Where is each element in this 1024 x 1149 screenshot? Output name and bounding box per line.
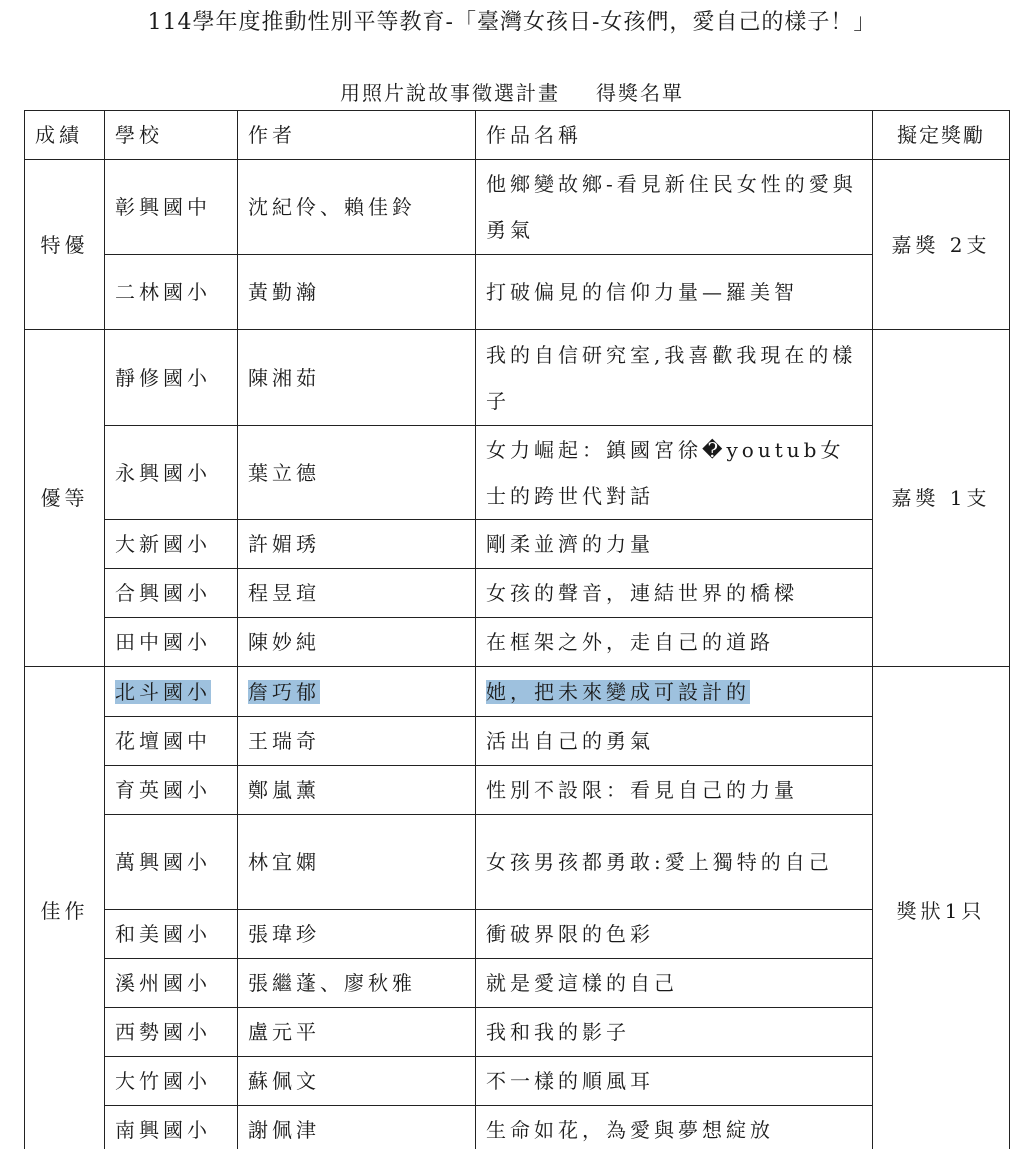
work-title-cell: 女孩男孩都勇敢:愛上獨特的自己: [476, 815, 873, 910]
author-cell: 許媚琇: [238, 520, 476, 569]
subtitle-winners: 得獎名單: [596, 81, 684, 105]
document-title: 114學年度推動性別平等教育-「臺灣女孩日-女孩們，愛自己的樣子！」: [0, 6, 1024, 40]
selected-text[interactable]: 詹巧郁: [248, 680, 320, 704]
table-row: 和美國小 張瑋珍 衝破界限的色彩: [25, 910, 1010, 959]
school-cell: 花壇國中: [105, 717, 238, 766]
table-header-row: 成績 學校 作者 作品名稱 擬定獎勵: [25, 111, 1010, 160]
school-cell: 靜修國小: [105, 330, 238, 426]
header-author: 作者: [238, 111, 476, 160]
table-row: 大竹國小 蘇佩文 不一樣的順風耳: [25, 1057, 1010, 1106]
author-cell: 盧元平: [238, 1008, 476, 1057]
school-cell: 合興國小: [105, 569, 238, 618]
table-row: 萬興國小 林宜嫻 女孩男孩都勇敢:愛上獨特的自己: [25, 815, 1010, 910]
header-work-title: 作品名稱: [476, 111, 873, 160]
document-subtitle: 用照片說故事徵選計畫得獎名單: [0, 78, 1024, 108]
work-title-cell: 不一樣的順風耳: [476, 1057, 873, 1106]
reward-cell-honorable-mention: 獎狀1只: [873, 667, 1010, 1149]
header-reward: 擬定獎勵: [873, 111, 1010, 160]
school-cell: 二林國小: [105, 255, 238, 330]
work-title-cell: 他鄉變故鄉-看見新住民女性的愛與勇氣: [476, 160, 873, 255]
work-title-cell: 女孩的聲音，連結世界的橋樑: [476, 569, 873, 618]
school-cell: 彰興國中: [105, 160, 238, 255]
subtitle-plan: 用照片說故事徵選計畫: [340, 81, 560, 105]
school-cell: 萬興國小: [105, 815, 238, 910]
awards-table: 成績 學校 作者 作品名稱 擬定獎勵 特優 彰興國中 沈紀伶、賴佳鈴 他鄉變故鄉…: [24, 110, 1010, 1149]
work-title-cell: 她，把未來變成可設計的: [476, 667, 873, 717]
work-title-cell: 在框架之外，走自己的道路: [476, 618, 873, 667]
table-row: 永興國小 葉立德 女力崛起：鎮國宮徐�youtub女士的跨世代對話: [25, 426, 1010, 520]
table-row: 溪州國小 張繼蓬、廖秋雅 就是愛這樣的自己: [25, 959, 1010, 1008]
work-title-cell: 就是愛這樣的自己: [476, 959, 873, 1008]
author-cell: 張繼蓬、廖秋雅: [238, 959, 476, 1008]
author-cell: 陳妙純: [238, 618, 476, 667]
header-school: 學校: [105, 111, 238, 160]
work-title-cell: 性別不設限：看見自己的力量: [476, 766, 873, 815]
work-title-cell: 剛柔並濟的力量: [476, 520, 873, 569]
work-title-cell: 衝破界限的色彩: [476, 910, 873, 959]
school-cell: 大竹國小: [105, 1057, 238, 1106]
author-cell: 蘇佩文: [238, 1057, 476, 1106]
table-row: 優等 靜修國小 陳湘茹 我的自信研究室,我喜歡我現在的樣子 嘉獎 1支: [25, 330, 1010, 426]
table-row: 田中國小 陳妙純 在框架之外，走自己的道路: [25, 618, 1010, 667]
work-title-cell: 我的自信研究室,我喜歡我現在的樣子: [476, 330, 873, 426]
school-cell: 育英國小: [105, 766, 238, 815]
school-cell: 和美國小: [105, 910, 238, 959]
selected-text[interactable]: 北斗國小: [115, 680, 211, 704]
table-row: 特優 彰興國中 沈紀伶、賴佳鈴 他鄉變故鄉-看見新住民女性的愛與勇氣 嘉獎 2支: [25, 160, 1010, 255]
author-cell: 鄭嵐薰: [238, 766, 476, 815]
reward-cell-excellence: 嘉獎 1支: [873, 330, 1010, 667]
table-row-highlighted: 佳作 北斗國小 詹巧郁 她，把未來變成可設計的 獎狀1只: [25, 667, 1010, 717]
author-cell: 詹巧郁: [238, 667, 476, 717]
table-row: 大新國小 許媚琇 剛柔並濟的力量: [25, 520, 1010, 569]
grade-cell-excellence: 優等: [25, 330, 105, 667]
school-cell: 田中國小: [105, 618, 238, 667]
school-cell: 溪州國小: [105, 959, 238, 1008]
school-cell: 永興國小: [105, 426, 238, 520]
author-cell: 林宜嫻: [238, 815, 476, 910]
table-row: 西勢國小 盧元平 我和我的影子: [25, 1008, 1010, 1057]
grade-cell-honorable-mention: 佳作: [25, 667, 105, 1149]
author-cell: 葉立德: [238, 426, 476, 520]
author-cell: 陳湘茹: [238, 330, 476, 426]
author-cell: 謝佩津: [238, 1106, 476, 1149]
author-cell: 王瑞奇: [238, 717, 476, 766]
selected-text[interactable]: 她，把未來變成可設計的: [486, 680, 750, 704]
table-row: 花壇國中 王瑞奇 活出自己的勇氣: [25, 717, 1010, 766]
author-cell: 張瑋珍: [238, 910, 476, 959]
school-cell: 北斗國小: [105, 667, 238, 717]
school-cell: 大新國小: [105, 520, 238, 569]
header-grade: 成績: [25, 111, 105, 160]
author-cell: 黃勤瀚: [238, 255, 476, 330]
table-row: 育英國小 鄭嵐薰 性別不設限：看見自己的力量: [25, 766, 1010, 815]
grade-cell-top-excellence: 特優: [25, 160, 105, 330]
work-title-cell: 我和我的影子: [476, 1008, 873, 1057]
work-title-cell: 打破偏見的信仰力量—羅美智: [476, 255, 873, 330]
table-row: 合興國小 程昱瑄 女孩的聲音，連結世界的橋樑: [25, 569, 1010, 618]
work-title-cell: 生命如花，為愛與夢想綻放: [476, 1106, 873, 1149]
school-cell: 西勢國小: [105, 1008, 238, 1057]
work-title-cell: 活出自己的勇氣: [476, 717, 873, 766]
author-cell: 沈紀伶、賴佳鈴: [238, 160, 476, 255]
table-row: 南興國小 謝佩津 生命如花，為愛與夢想綻放: [25, 1106, 1010, 1149]
school-cell: 南興國小: [105, 1106, 238, 1149]
table-row: 二林國小 黃勤瀚 打破偏見的信仰力量—羅美智: [25, 255, 1010, 330]
work-title-cell: 女力崛起：鎮國宮徐�youtub女士的跨世代對話: [476, 426, 873, 520]
reward-cell-top-excellence: 嘉獎 2支: [873, 160, 1010, 330]
author-cell: 程昱瑄: [238, 569, 476, 618]
